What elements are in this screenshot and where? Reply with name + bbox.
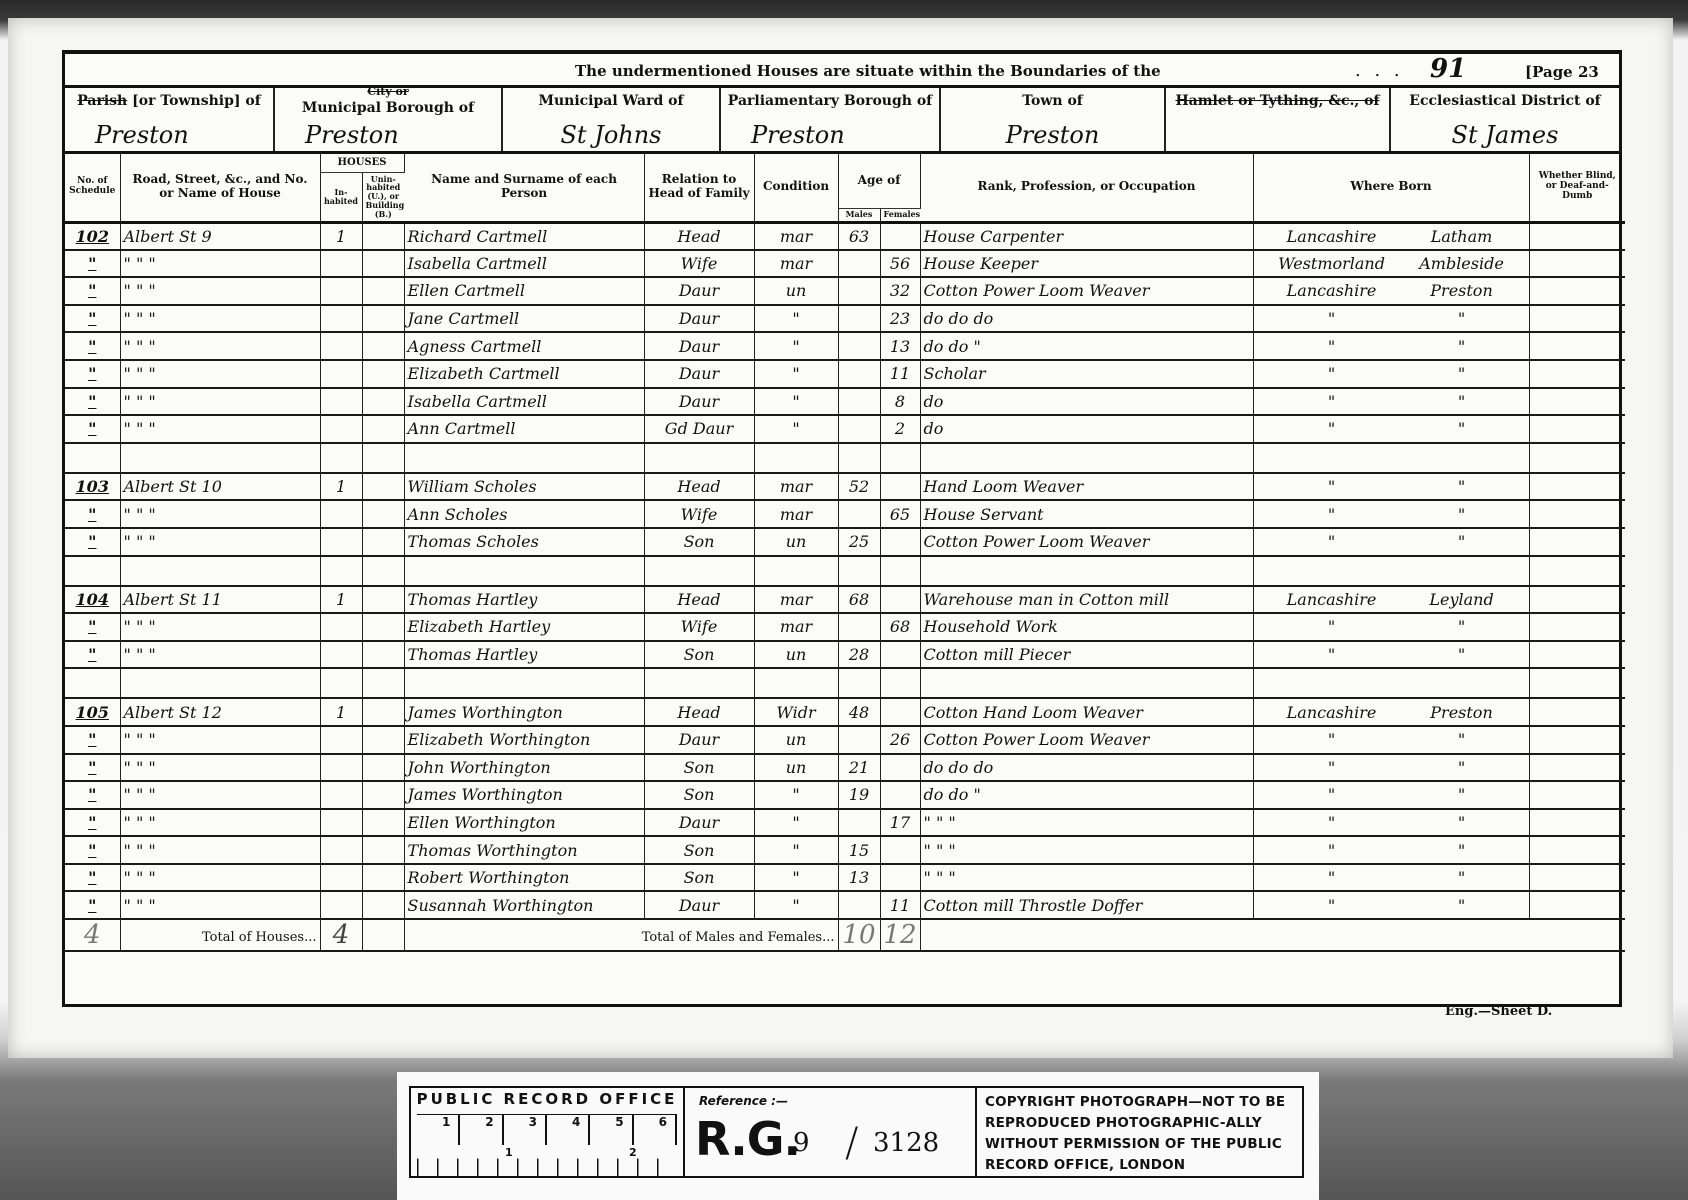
birthplace: ""	[1253, 305, 1529, 333]
age-female	[880, 836, 920, 864]
header-where-born: Where Born	[1253, 154, 1529, 222]
birth-place: "	[1407, 813, 1517, 832]
schedule-number: 104	[65, 586, 120, 614]
age-male: 63	[838, 222, 880, 250]
relation-to-head: Daur	[644, 388, 754, 416]
table-row: "" " "Elizabeth WorthingtonDaurun26Cotto…	[65, 726, 1625, 754]
birth-place: "	[1407, 337, 1517, 356]
age-female: 56	[880, 250, 920, 278]
occupation: do	[920, 388, 1253, 416]
boundary-header: The undermentioned Houses are situate wi…	[65, 54, 1619, 88]
table-row: "" " "Robert WorthingtonSon"13" " """	[65, 864, 1625, 892]
header-relation: Relation to Head of Family	[644, 154, 754, 222]
occupation: do do do	[920, 305, 1253, 333]
scale-ruler: PUBLIC RECORD OFFICE 1 2 3 4 5 6 1 2	[411, 1088, 685, 1176]
marital-condition: Widr	[754, 698, 838, 726]
header-condition: Condition	[754, 154, 838, 222]
occupation: Cotton Hand Loom Weaver	[920, 698, 1253, 726]
birthplace: ""	[1253, 754, 1529, 782]
relation-to-head: Wife	[644, 500, 754, 528]
relation-to-head: Daur	[644, 360, 754, 388]
birth-county: "	[1257, 617, 1407, 636]
occupation: House Servant	[920, 500, 1253, 528]
occupation: " " "	[920, 809, 1253, 837]
blind-deaf-dumb	[1529, 415, 1625, 443]
age-male	[838, 305, 880, 333]
blind-deaf-dumb	[1529, 613, 1625, 641]
inhabited-count	[320, 891, 362, 919]
birth-county: "	[1257, 841, 1407, 860]
district-label: Municipal Borough of	[275, 100, 501, 116]
occupation: do do do	[920, 754, 1253, 782]
ruler-mark: 2	[629, 1146, 637, 1159]
blind-deaf-dumb	[1529, 781, 1625, 809]
marital-condition: mar	[754, 613, 838, 641]
birthplace: ""	[1253, 781, 1529, 809]
birth-county: "	[1257, 868, 1407, 887]
total-males: 10	[842, 920, 875, 950]
occupation	[920, 668, 1253, 698]
schedule-number: 102	[65, 222, 120, 250]
table-row: 102Albert St 91Richard CartmellHeadmar63…	[65, 222, 1625, 250]
relation-to-head: Daur	[644, 332, 754, 360]
inhabited-count	[320, 781, 362, 809]
inhabited-count	[320, 500, 362, 528]
district-label: [or Township] of	[132, 93, 261, 109]
uninhabited-count	[362, 277, 404, 305]
marital-condition: un	[754, 754, 838, 782]
inhabited-count	[320, 836, 362, 864]
person-name: Jane Cartmell	[404, 305, 644, 333]
uninhabited-count	[362, 668, 404, 698]
road-address: Albert St 11	[120, 586, 320, 614]
age-female	[880, 443, 920, 473]
age-male: 68	[838, 586, 880, 614]
district-township: Parish [or Township] of Preston	[65, 88, 275, 151]
inhabited-count	[320, 415, 362, 443]
table-row: "" " "Susannah WorthingtonDaur"11Cotton …	[65, 891, 1625, 919]
age-female: 2	[880, 415, 920, 443]
age-male	[838, 250, 880, 278]
age-male: 19	[838, 781, 880, 809]
relation-to-head: Daur	[644, 305, 754, 333]
blind-deaf-dumb	[1529, 641, 1625, 669]
copyright-notice: COPYRIGHT PHOTOGRAPH—NOT TO BE REPRODUCE…	[977, 1088, 1302, 1176]
schedule-number: "	[65, 250, 120, 278]
age-male: 25	[838, 528, 880, 556]
district-municipal-ward: Municipal Ward of St Johns	[503, 88, 721, 151]
person-name: James Worthington	[404, 781, 644, 809]
uninhabited-count	[362, 443, 404, 473]
age-female: 11	[880, 891, 920, 919]
uninhabited-count	[362, 836, 404, 864]
person-name	[404, 443, 644, 473]
table-row: "" " "Thomas ScholesSonun25Cotton Power …	[65, 528, 1625, 556]
blind-deaf-dumb	[1529, 726, 1625, 754]
header-occupation: Rank, Profession, or Occupation	[920, 154, 1253, 222]
blind-deaf-dumb	[1529, 443, 1625, 473]
inhabited-count	[320, 726, 362, 754]
district-label: Hamlet or Tything, &c., of	[1166, 93, 1389, 109]
struck-word: Parish	[77, 93, 127, 109]
inhabited-count: 1	[320, 222, 362, 250]
blind-deaf-dumb	[1529, 305, 1625, 333]
sheet-code: Eng.—Sheet D.	[1445, 1004, 1552, 1019]
blind-deaf-dumb	[1529, 698, 1625, 726]
district-label: Ecclesiastical District of	[1391, 93, 1619, 109]
birth-place: "	[1407, 896, 1517, 915]
table-row: "" " "Ellen WorthingtonDaur"17" " """	[65, 809, 1625, 837]
age-female	[880, 754, 920, 782]
relation-to-head: Daur	[644, 809, 754, 837]
age-female: 23	[880, 305, 920, 333]
birth-place: "	[1407, 477, 1517, 496]
occupation: Warehouse man in Cotton mill	[920, 586, 1253, 614]
occupation	[920, 443, 1253, 473]
uninhabited-count	[362, 698, 404, 726]
relation-to-head: Son	[644, 836, 754, 864]
age-male	[838, 668, 880, 698]
blind-deaf-dumb	[1529, 222, 1625, 250]
road-address: " " "	[120, 277, 320, 305]
uninhabited-count	[362, 305, 404, 333]
blind-deaf-dumb	[1529, 473, 1625, 501]
reference-box: Reference :— R.G. 9 / 3128	[685, 1088, 977, 1176]
table-row: 103Albert St 101William ScholesHeadmar52…	[65, 473, 1625, 501]
birthplace: ""	[1253, 388, 1529, 416]
road-address: " " "	[120, 726, 320, 754]
blind-deaf-dumb	[1529, 500, 1625, 528]
occupation	[920, 556, 1253, 586]
age-male	[838, 332, 880, 360]
uninhabited-count	[362, 613, 404, 641]
age-male	[838, 443, 880, 473]
age-male	[838, 388, 880, 416]
birthplace: LancashireLatham	[1253, 222, 1529, 250]
inhabited-count	[320, 864, 362, 892]
birth-county: "	[1257, 758, 1407, 777]
age-male	[838, 809, 880, 837]
birth-place: "	[1407, 645, 1517, 664]
birth-place: "	[1407, 532, 1517, 551]
marital-condition: mar	[754, 500, 838, 528]
blind-deaf-dumb	[1529, 586, 1625, 614]
inhabited-count: 1	[320, 698, 362, 726]
marital-condition: "	[754, 415, 838, 443]
schedule-number: 105	[65, 698, 120, 726]
schedule-number: "	[65, 754, 120, 782]
table-row: "" " "Isabella CartmellDaur"8do""	[65, 388, 1625, 416]
occupation: do do "	[920, 332, 1253, 360]
table-row: "" " "Ann ScholesWifemar65House Servant"…	[65, 500, 1625, 528]
header-females: Females	[880, 208, 920, 222]
age-male	[838, 360, 880, 388]
uninhabited-count	[362, 641, 404, 669]
schedule-number	[65, 443, 120, 473]
relation-to-head: Son	[644, 754, 754, 782]
district-value: Preston	[941, 121, 1164, 149]
uninhabited-count	[362, 222, 404, 250]
blind-deaf-dumb	[1529, 668, 1625, 698]
person-name: Ann Cartmell	[404, 415, 644, 443]
relation-to-head	[644, 668, 754, 698]
ruler-mark: 1	[505, 1146, 513, 1159]
schedule-number: "	[65, 500, 120, 528]
uninhabited-count	[362, 388, 404, 416]
age-male	[838, 277, 880, 305]
occupation: House Keeper	[920, 250, 1253, 278]
header-blind: Whether Blind, or Deaf-and-Dumb	[1529, 154, 1625, 222]
person-name: Thomas Scholes	[404, 528, 644, 556]
schedule-number: "	[65, 528, 120, 556]
relation-to-head: Son	[644, 528, 754, 556]
age-male	[838, 613, 880, 641]
birth-place: "	[1407, 309, 1517, 328]
district-value: Preston	[275, 121, 501, 149]
table-row: 105Albert St 121James WorthingtonHeadWid…	[65, 698, 1625, 726]
person-name: Thomas Hartley	[404, 586, 644, 614]
table-row: "" " "James WorthingtonSon"19do do """	[65, 781, 1625, 809]
occupation: do do "	[920, 781, 1253, 809]
relation-to-head: Wife	[644, 250, 754, 278]
birth-place: "	[1407, 758, 1517, 777]
totals-row: 4 Total of Houses... 4 Total of Males an…	[65, 919, 1625, 951]
age-female: 8	[880, 388, 920, 416]
uninhabited-count	[362, 500, 404, 528]
relation-to-head	[644, 556, 754, 586]
age-female	[880, 864, 920, 892]
birthplace: LancashirePreston	[1253, 698, 1529, 726]
road-address: " " "	[120, 641, 320, 669]
district-label: Town of	[941, 93, 1164, 109]
schedule-number: "	[65, 277, 120, 305]
birth-county: "	[1257, 813, 1407, 832]
marital-condition: mar	[754, 222, 838, 250]
person-name: Elizabeth Worthington	[404, 726, 644, 754]
relation-to-head: Daur	[644, 277, 754, 305]
blind-deaf-dumb	[1529, 809, 1625, 837]
district-value: Preston	[65, 121, 273, 149]
birth-place: Preston	[1407, 703, 1517, 722]
ruler-inches: 1 2 3 4 5 6	[417, 1114, 677, 1145]
marital-condition: mar	[754, 586, 838, 614]
inhabited-count	[320, 250, 362, 278]
schedule-number: "	[65, 388, 120, 416]
age-male	[838, 556, 880, 586]
schedule-count: 4	[84, 920, 101, 950]
schedule-number: "	[65, 305, 120, 333]
total-houses-label: Total of Houses...	[202, 930, 317, 945]
birth-county: "	[1257, 730, 1407, 749]
uninhabited-count	[362, 781, 404, 809]
district-value: St James	[1391, 121, 1619, 149]
uninhabited-count	[362, 332, 404, 360]
reference-series: R.G.	[695, 1112, 800, 1166]
boundary-text: The undermentioned Houses are situate wi…	[575, 62, 1161, 80]
district-headers: Parish [or Township] of Preston City or …	[65, 88, 1619, 154]
person-name: Elizabeth Cartmell	[404, 360, 644, 388]
birth-county: "	[1257, 645, 1407, 664]
marital-condition	[754, 443, 838, 473]
age-female	[880, 668, 920, 698]
age-female: 68	[880, 613, 920, 641]
road-address: Albert St 10	[120, 473, 320, 501]
blind-deaf-dumb	[1529, 528, 1625, 556]
birthplace: ""	[1253, 415, 1529, 443]
blind-deaf-dumb	[1529, 556, 1625, 586]
schedule-number: "	[65, 781, 120, 809]
person-name: Agness Cartmell	[404, 332, 644, 360]
birthplace: ""	[1253, 836, 1529, 864]
person-name: Thomas Worthington	[404, 836, 644, 864]
road-address: " " "	[120, 781, 320, 809]
birth-place: "	[1407, 841, 1517, 860]
birth-place: "	[1407, 730, 1517, 749]
schedule-number: "	[65, 726, 120, 754]
uninhabited-count	[362, 864, 404, 892]
road-address	[120, 556, 320, 586]
road-address: Albert St 9	[120, 222, 320, 250]
age-female	[880, 698, 920, 726]
uninhabited-count	[362, 250, 404, 278]
header-males: Males	[838, 208, 880, 222]
inhabited-count	[320, 809, 362, 837]
birth-county: "	[1257, 477, 1407, 496]
occupation: Cotton Power Loom Weaver	[920, 528, 1253, 556]
relation-to-head: Head	[644, 698, 754, 726]
inhabited-count	[320, 443, 362, 473]
blind-deaf-dumb	[1529, 836, 1625, 864]
age-female: 11	[880, 360, 920, 388]
birth-place: "	[1407, 785, 1517, 804]
ruler-mark: 6	[634, 1115, 677, 1145]
age-female	[880, 222, 920, 250]
road-address: " " "	[120, 754, 320, 782]
birthplace	[1253, 443, 1529, 473]
relation-to-head: Daur	[644, 891, 754, 919]
relation-to-head: Son	[644, 781, 754, 809]
birth-county: Lancashire	[1257, 227, 1407, 246]
person-name: Elizabeth Hartley	[404, 613, 644, 641]
inhabited-count	[320, 641, 362, 669]
marital-condition	[754, 668, 838, 698]
age-male	[838, 415, 880, 443]
birthplace: ""	[1253, 500, 1529, 528]
birthplace: ""	[1253, 891, 1529, 919]
total-persons-label: Total of Males and Females...	[642, 930, 835, 945]
inhabited-count	[320, 754, 362, 782]
marital-condition: mar	[754, 473, 838, 501]
birth-county: "	[1257, 392, 1407, 411]
road-address: " " "	[120, 332, 320, 360]
inhabited-count	[320, 613, 362, 641]
uninhabited-count	[362, 726, 404, 754]
header-road: Road, Street, &c., and No. or Name of Ho…	[120, 154, 320, 222]
struck-word: City or	[275, 85, 501, 98]
schedule-number: "	[65, 415, 120, 443]
marital-condition: mar	[754, 250, 838, 278]
uninhabited-count	[362, 473, 404, 501]
age-male: 21	[838, 754, 880, 782]
inhabited-count	[320, 388, 362, 416]
ruler-mark: 3	[504, 1115, 547, 1145]
blank-row	[65, 443, 1625, 473]
road-address: " " "	[120, 415, 320, 443]
district-label: Parliamentary Borough of	[721, 93, 939, 109]
birthplace: ""	[1253, 360, 1529, 388]
birth-place: Ambleside	[1407, 254, 1517, 273]
birth-place: "	[1407, 868, 1517, 887]
person-name	[404, 668, 644, 698]
total-houses-value: 4	[333, 920, 350, 950]
inhabited-count	[320, 528, 362, 556]
reference-label: Reference :—	[699, 1094, 788, 1108]
table-row: "" " "Ellen CartmellDaurun32Cotton Power…	[65, 277, 1625, 305]
birth-county: Lancashire	[1257, 703, 1407, 722]
schedule-number: "	[65, 836, 120, 864]
birthplace: WestmorlandAmbleside	[1253, 250, 1529, 278]
marital-condition: "	[754, 305, 838, 333]
district-value: Preston	[721, 121, 939, 149]
marital-condition	[754, 556, 838, 586]
birth-county: Lancashire	[1257, 281, 1407, 300]
uninhabited-count	[362, 528, 404, 556]
age-female	[880, 781, 920, 809]
page-number: [Page 23	[1525, 63, 1599, 81]
age-male	[838, 891, 880, 919]
marital-condition: "	[754, 781, 838, 809]
pro-title: PUBLIC RECORD OFFICE	[411, 1090, 683, 1108]
schedule-number: 103	[65, 473, 120, 501]
marital-condition: un	[754, 528, 838, 556]
person-name: James Worthington	[404, 698, 644, 726]
schedule-number: "	[65, 891, 120, 919]
schedule-number	[65, 668, 120, 698]
birthplace: ""	[1253, 613, 1529, 641]
birth-county: "	[1257, 309, 1407, 328]
birth-county: Westmorland	[1257, 254, 1407, 273]
blind-deaf-dumb	[1529, 388, 1625, 416]
birth-county: "	[1257, 896, 1407, 915]
relation-to-head: Daur	[644, 726, 754, 754]
age-female	[880, 641, 920, 669]
table-row: "" " "Isabella CartmellWifemar56House Ke…	[65, 250, 1625, 278]
marital-condition: "	[754, 332, 838, 360]
inhabited-count	[320, 668, 362, 698]
birthplace	[1253, 668, 1529, 698]
age-female: 13	[880, 332, 920, 360]
total-females: 12	[884, 920, 917, 950]
reference-slash: /	[845, 1120, 858, 1166]
birth-place: "	[1407, 364, 1517, 383]
census-table: No. of Schedule Road, Street, &c., and N…	[65, 154, 1625, 952]
person-name: Susannah Worthington	[404, 891, 644, 919]
occupation: House Carpenter	[920, 222, 1253, 250]
person-name: Richard Cartmell	[404, 222, 644, 250]
birth-county: "	[1257, 419, 1407, 438]
birth-place: "	[1407, 505, 1517, 524]
person-name: Ann Scholes	[404, 500, 644, 528]
district-municipal-borough: City or Municipal Borough of Preston	[275, 88, 503, 151]
marital-condition: "	[754, 809, 838, 837]
occupation: do	[920, 415, 1253, 443]
birth-county: "	[1257, 364, 1407, 383]
public-record-office-stamp: PUBLIC RECORD OFFICE 1 2 3 4 5 6 1 2 Ref…	[397, 1072, 1319, 1200]
age-female	[880, 586, 920, 614]
marital-condition: un	[754, 641, 838, 669]
table-row: "" " "Thomas WorthingtonSon"15" " """	[65, 836, 1625, 864]
relation-to-head: Wife	[644, 613, 754, 641]
